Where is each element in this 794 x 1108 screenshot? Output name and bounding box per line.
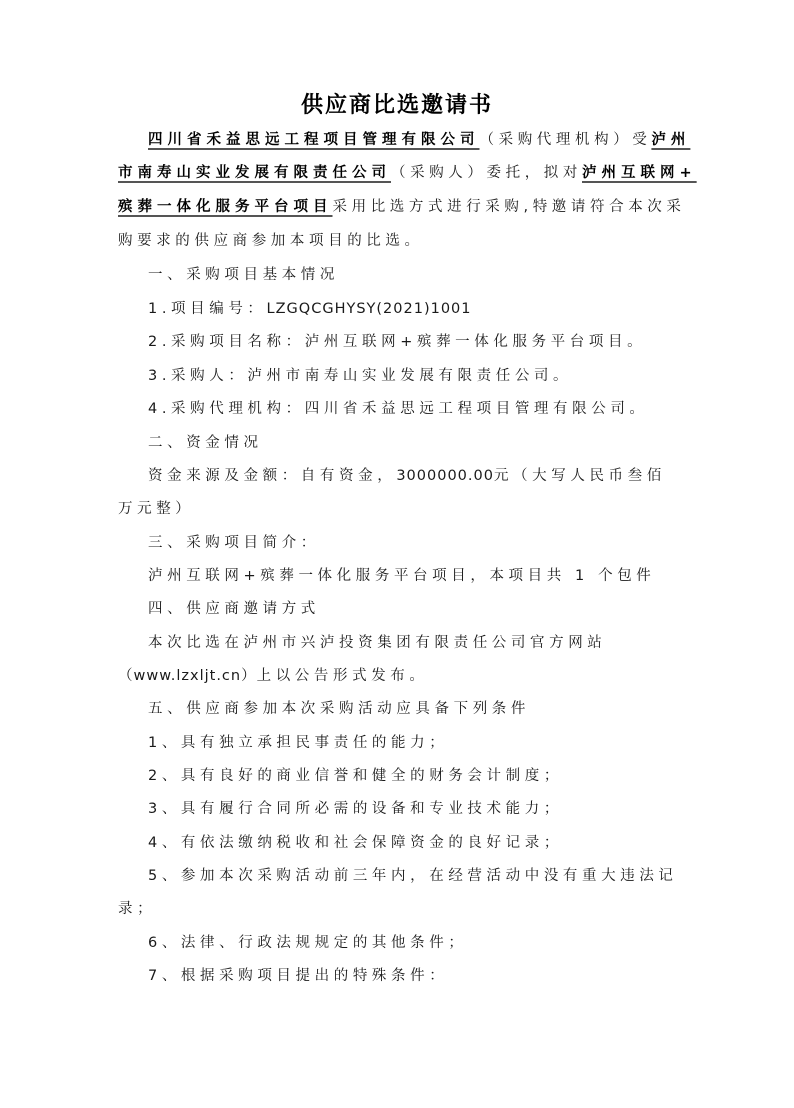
section4-line2: （www.lzxljt.cn）上以公告形式发布。 [118, 666, 678, 686]
intro-line-2: 市南寿山实业发展有限责任公司（采购人）委托，拟对泸州互联网+ [118, 163, 678, 183]
section1-item3: 3.采购人：泸州市南寿山实业发展有限责任公司。 [148, 366, 678, 386]
section4-line1: 本次比选在泸州市兴泸投资集团有限责任公司官方网站 [148, 633, 678, 653]
project-number-label: 1.项目编号： [148, 301, 267, 317]
section2-line1: 资金来源及金额：自有资金，3000000.00元（大写人民币叁佰 [148, 466, 678, 486]
funding-label: 资金来源及金额：自有资金， [148, 468, 396, 484]
section5-item6: 6、法律、行政法规规定的其他条件； [148, 933, 678, 953]
intro-text-after-project: 采用比选方式进行采购,特邀请符合本次采 [333, 199, 686, 215]
section1-item1: 1.项目编号：LZGQCGHYSY(2021)1001 [148, 299, 678, 319]
section4-line2-rest: 上以公告形式发布。 [257, 668, 429, 684]
purchaser-role: （采购人）委托，拟对 [391, 165, 582, 181]
agency-role: （采购代理机构）受 [480, 132, 652, 148]
intro-line-3: 殡葬一体化服务平台项目采用比选方式进行采购,特邀请符合本次采 [118, 197, 678, 217]
funding-rest: 元（大写人民币叁佰 [494, 468, 666, 484]
intro-line-4: 购要求的供应商参加本项目的比选。 [118, 231, 678, 251]
section3-line1: 泸州互联网+殡葬一体化服务平台项目，本项目共 1 个包件 [148, 566, 678, 586]
section5-heading: 五、供应商参加本次采购活动应具备下列条件 [148, 699, 678, 719]
section5-item2: 2、具有良好的商业信誉和健全的财务会计制度； [148, 766, 678, 786]
section2-heading: 二、资金情况 [148, 433, 678, 453]
purchaser-name-part2: 市南寿山实业发展有限责任公司 [118, 165, 391, 181]
section5-item4: 4、有依法缴纳税收和社会保障资金的良好记录； [148, 833, 678, 853]
section5-item7: 7、根据采购项目提出的特殊条件： [148, 966, 678, 986]
project-number-value: LZGQCGHYSY(2021)1001 [267, 301, 472, 317]
document-page: 供应商比选邀请书 四川省禾益思远工程项目管理有限公司（采购代理机构）受泸州 市南… [0, 0, 794, 1108]
section2-line2: 万元整） [118, 499, 678, 519]
section1-heading: 一、采购项目基本情况 [148, 265, 678, 285]
section4-heading: 四、供应商邀请方式 [148, 599, 678, 619]
section5-item5-continuation: 录； [118, 899, 678, 919]
funding-amount: 3000000.00 [396, 468, 494, 484]
project-name-part1: 泸州互联网+ [582, 165, 697, 181]
page-title: 供应商比选邀请书 [0, 88, 794, 119]
section3-heading: 三、采购项目简介： [148, 533, 678, 553]
section5-item5: 5、参加本次采购活动前三年内，在经营活动中没有重大违法记 [148, 866, 678, 886]
intro-line-1: 四川省禾益思远工程项目管理有限公司（采购代理机构）受泸州 [148, 130, 678, 150]
website-url: （www.lzxljt.cn） [118, 668, 257, 684]
project-name-part2: 殡葬一体化服务平台项目 [118, 199, 333, 215]
section1-item4: 4.采购代理机构：四川省禾益思远工程项目管理有限公司。 [148, 399, 678, 419]
section1-item2: 2.采购项目名称：泸州互联网+殡葬一体化服务平台项目。 [148, 332, 678, 352]
purchaser-name-part1: 泸州 [651, 132, 690, 148]
section5-item1: 1、具有独立承担民事责任的能力； [148, 733, 678, 753]
section5-item3: 3、具有履行合同所必需的设备和专业技术能力； [148, 799, 678, 819]
agency-name: 四川省禾益思远工程项目管理有限公司 [148, 132, 480, 148]
